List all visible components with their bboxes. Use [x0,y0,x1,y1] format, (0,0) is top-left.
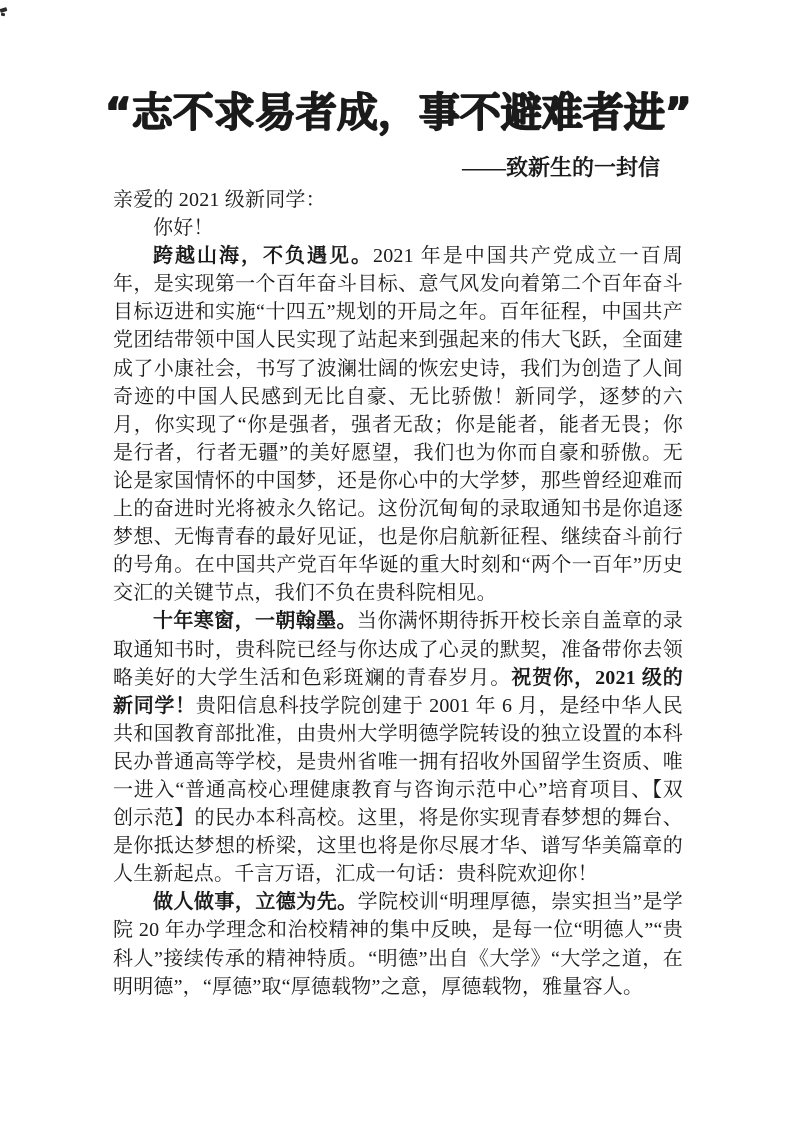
paragraph-run: 2021 年是中国共产党成立一百周年，是实现第一个百年奋斗目标、意气风发向着第二… [113,245,683,604]
paragraph: 十年寒窗，一朝翰墨。当你满怀期待拆开校长亲自盖章的录取通知书时，贵科院已经与你达… [113,607,683,888]
paragraph-lead: 十年寒窗，一朝翰墨。 [153,610,357,632]
page-subtitle: ——致新生的一封信 [113,152,660,184]
paragraphs: 跨越山海，不负遇见。2021 年是中国共产党成立一百周年，是实现第一个百年奋斗目… [113,242,683,1001]
paragraph: 做人做事，立德为先。学院校训“明理厚德，崇实担当”是学院 20 年办学理念和治校… [113,888,683,1000]
scan-artifact [1,13,6,17]
salutation: 亲爱的 2021 级新同学： [113,186,683,214]
document-page: “志不求易者成，事不避难者进” ——致新生的一封信 亲爱的 2021 级新同学：… [0,0,793,1122]
letter-body: 亲爱的 2021 级新同学： 你好！ 跨越山海，不负遇见。2021 年是中国共产… [113,186,683,1001]
page-title: “志不求易者成，事不避难者进” [98,84,698,140]
greeting: 你好！ [113,214,683,242]
paragraph-run: 贵阳信息科技学院创建于 2001 年 6 月，是经中华人民共和国教育部批准，由贵… [113,695,683,886]
paragraph: 跨越山海，不负遇见。2021 年是中国共产党成立一百周年，是实现第一个百年奋斗目… [113,242,683,607]
paragraph-lead: 做人做事，立德为先。 [153,891,358,913]
paragraph-lead: 跨越山海，不负遇见。 [153,245,373,267]
